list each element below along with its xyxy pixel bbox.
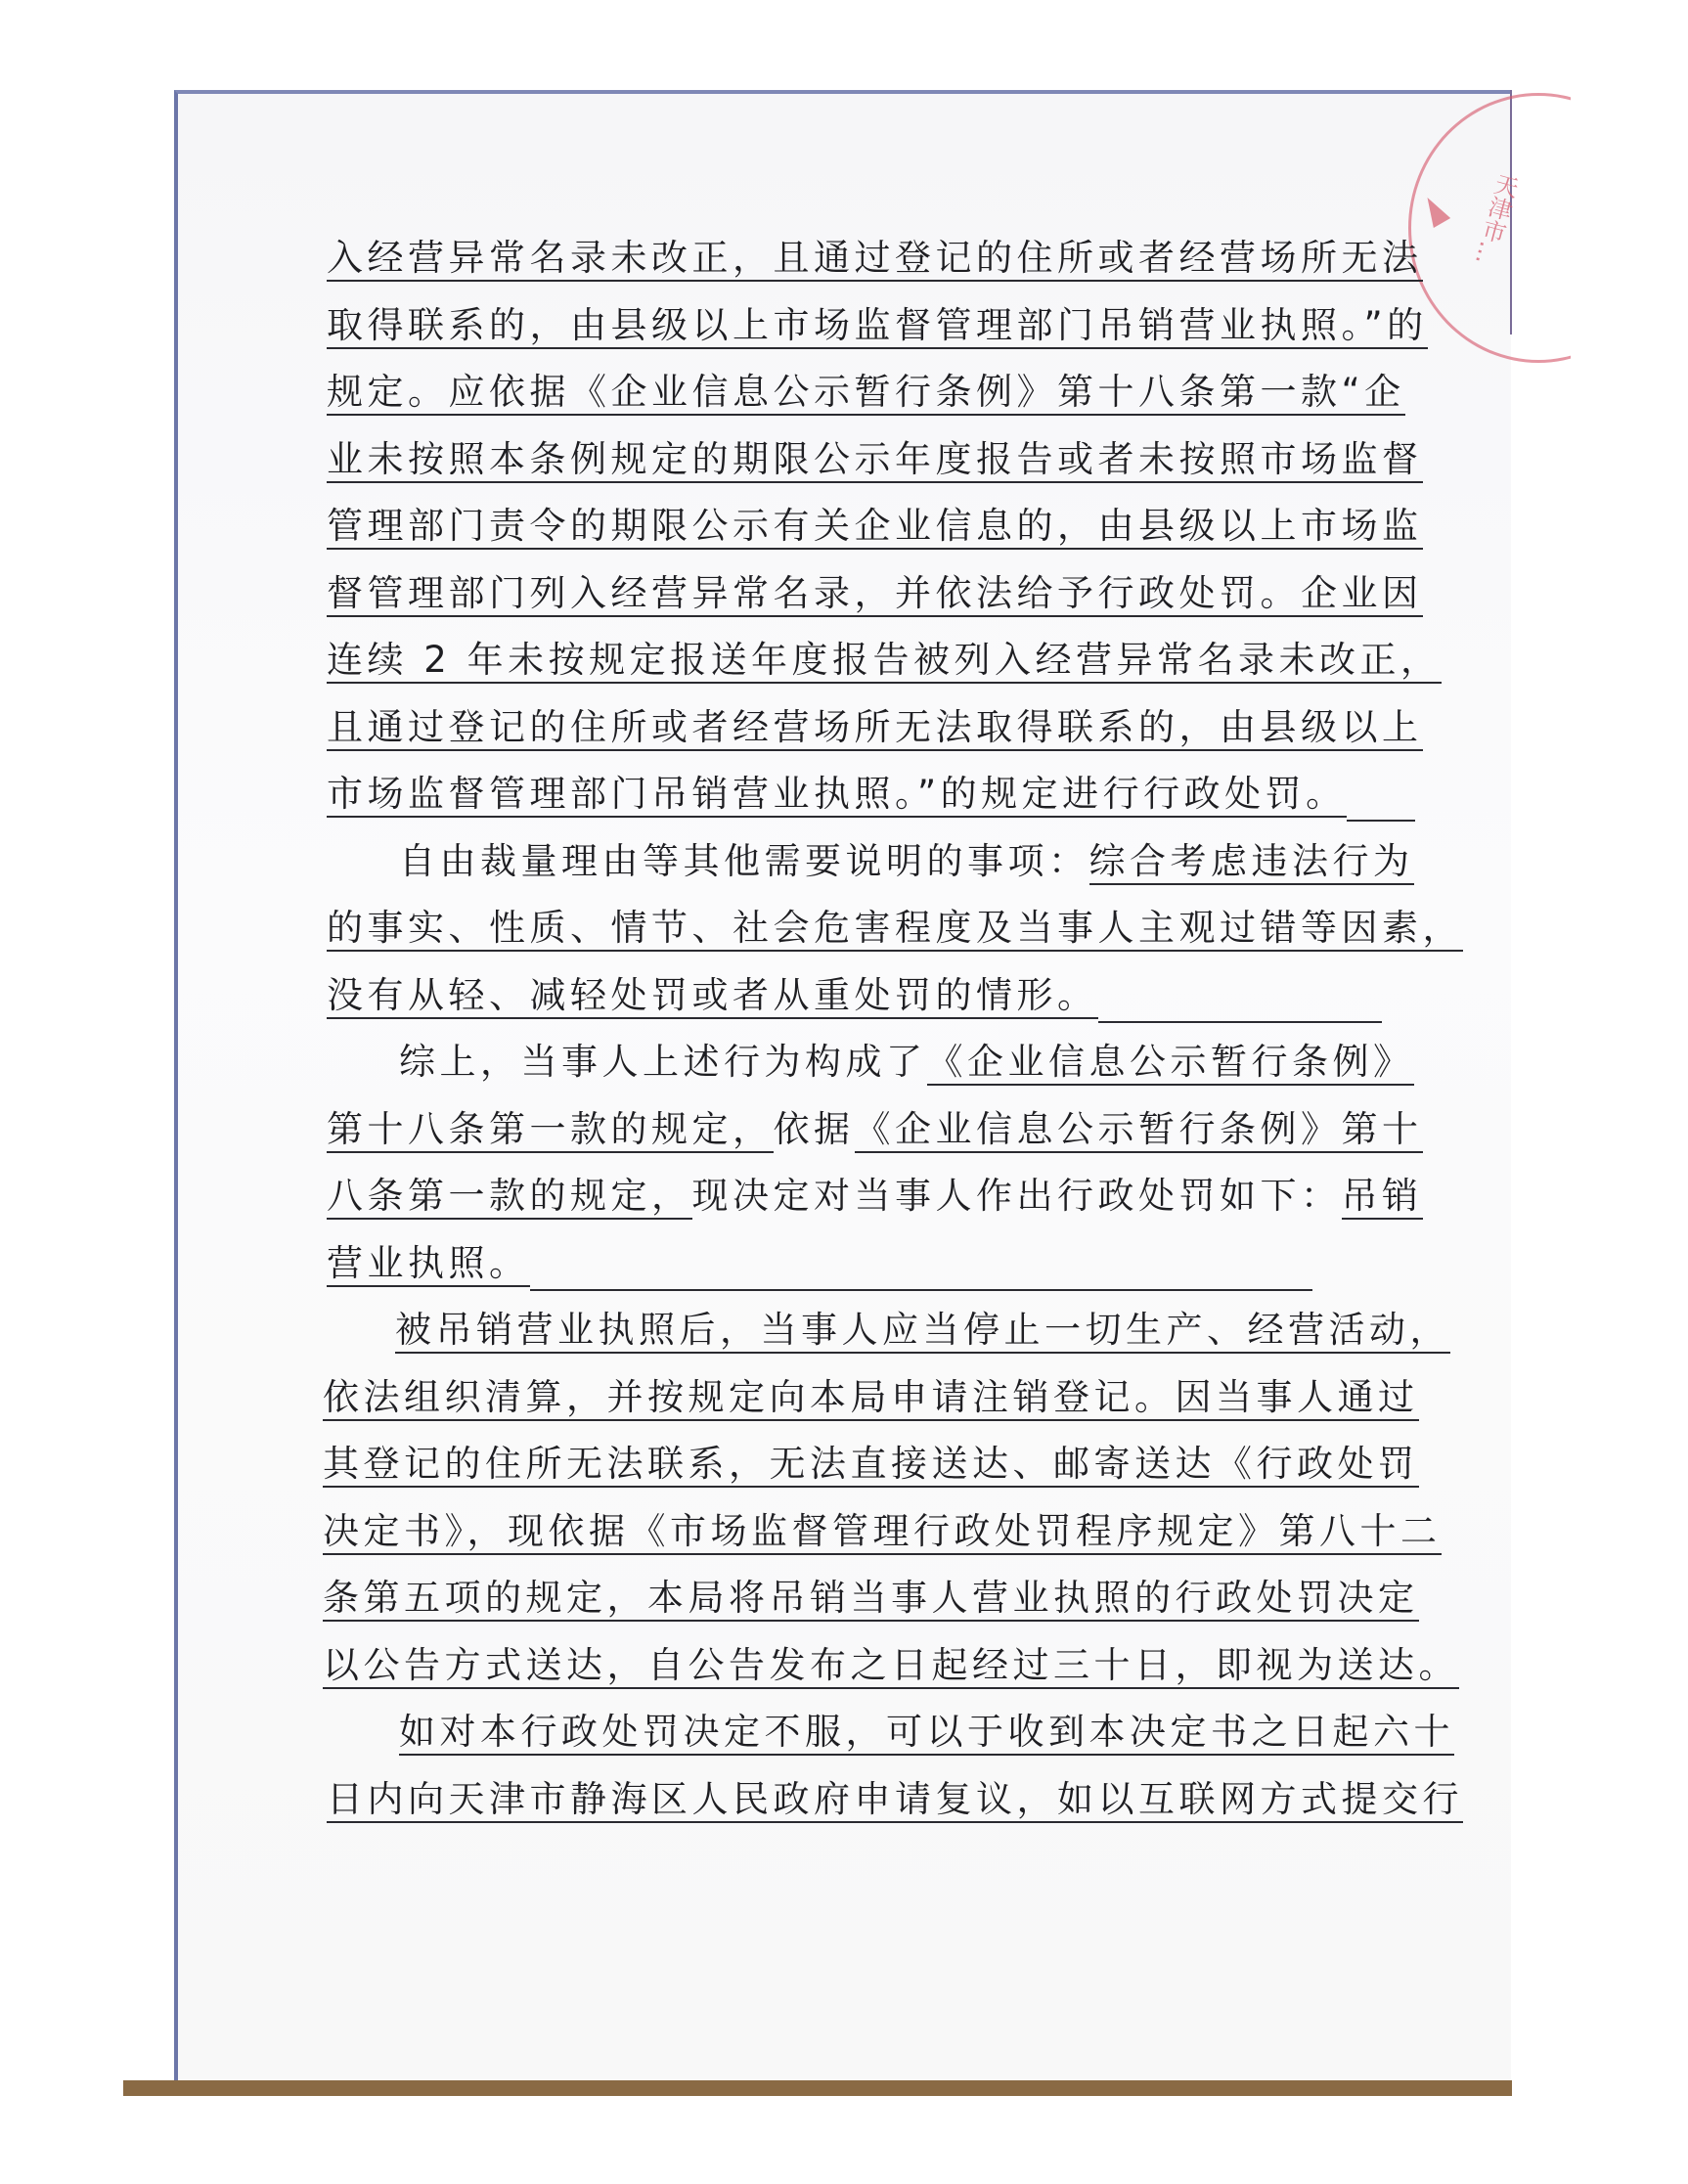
penalty-result: 吊销 (1342, 1175, 1423, 1220)
text-line: 其登记的住所无法联系，无法直接送达、邮寄送达《行政处罚 (323, 1438, 1334, 1505)
text-line: 且通过登记的住所或者经营场所无法取得联系的，由县级以上 (327, 701, 1334, 769)
text-line: 营业执照。 (327, 1237, 1334, 1305)
document-body: 入经营异常名录未改正，且通过登记的住所或者经营场所无法 取得联系的，由县级以上市… (327, 232, 1334, 1840)
text-line: 市场监督管理部门吊销营业执照。”的规定进行行政处罚。 (327, 768, 1334, 835)
text-line: 的事实、性质、情节、社会危害程度及当事人主观过错等因素， (327, 902, 1334, 969)
underline-fill (530, 1240, 1312, 1291)
paragraph-after-revocation: 被吊销营业执照后，当事人应当停止一切生产、经营活动， 依法组织清算，并按规定向本… (323, 1304, 1334, 1706)
text-line: 自由裁量理由等其他需要说明的事项：综合考虑违法行为 (327, 835, 1334, 903)
text-line: 没有从轻、减轻处罚或者从重处罚的情形。 (327, 969, 1334, 1037)
paragraph-conclusion: 综上，当事人上述行为构成了《企业信息公示暂行条例》 第十八条第一款的规定，依据《… (327, 1036, 1334, 1304)
text-line: 业未按照本条例规定的期限公示年度报告或者未按照市场监督 (327, 433, 1334, 501)
text-line: 督管理部门列入经营异常名录，并依法给予行政处罚。企业因 (327, 567, 1334, 635)
underline-fill (1098, 972, 1382, 1023)
text-line: 日内向天津市静海区人民政府申请复议，如以互联网方式提交行 (327, 1773, 1334, 1841)
text-line: 条第五项的规定，本局将吊销当事人营业执照的行政处罚决定 (323, 1572, 1334, 1639)
text-line: 连续 2 年未按规定报送年度报告被列入经营异常名录未改正， (327, 634, 1334, 701)
paragraph-discretion: 自由裁量理由等其他需要说明的事项：综合考虑违法行为 的事实、性质、情节、社会危害… (327, 835, 1334, 1037)
text-line: 第十八条第一款的规定，依据《企业信息公示暂行条例》第十 (327, 1103, 1334, 1171)
text-line: 取得联系的，由县级以上市场监督管理部门吊销营业执照。”的 (327, 299, 1334, 367)
paragraph-appeal: 如对本行政处罚决定不服，可以于收到本决定书之日起六十 日内向天津市静海区人民政府… (327, 1706, 1334, 1840)
text-line: 依法组织清算，并按规定向本局申请注销登记。因当事人通过 (323, 1371, 1334, 1439)
official-seal-icon (1408, 93, 1668, 363)
text-line: 规定。应依据《企业信息公示暂行条例》第十八条第一款“企 (327, 366, 1334, 433)
page-bottom-shadow (123, 2080, 1512, 2096)
text-line: 八条第一款的规定，现决定对当事人作出行政处罚如下：吊销 (327, 1170, 1334, 1237)
text-line: 入经营异常名录未改正，且通过登记的住所或者经营场所无法 (327, 232, 1334, 299)
penalty-result: 营业执照。 (327, 1242, 530, 1287)
paragraph-legal-basis: 入经营异常名录未改正，且通过登记的住所或者经营场所无法 取得联系的，由县级以上市… (327, 232, 1334, 835)
text-line: 综上，当事人上述行为构成了《企业信息公示暂行条例》 (327, 1036, 1334, 1103)
underline-fill (1347, 771, 1415, 822)
text-line: 如对本行政处罚决定不服，可以于收到本决定书之日起六十 (327, 1706, 1334, 1773)
text-line: 被吊销营业执照后，当事人应当停止一切生产、经营活动， (323, 1304, 1334, 1371)
discretion-label: 自由裁量理由等其他需要说明的事项： (399, 840, 1089, 882)
text-line: 管理部门责令的期限公示有关企业信息的，由县级以上市场监 (327, 500, 1334, 567)
text-line: 以公告方式送达，自公告发布之日起经过三十日，即视为送达。 (323, 1639, 1334, 1707)
text-line: 决定书》，现依据《市场监督管理行政处罚程序规定》第八十二 (323, 1505, 1334, 1573)
